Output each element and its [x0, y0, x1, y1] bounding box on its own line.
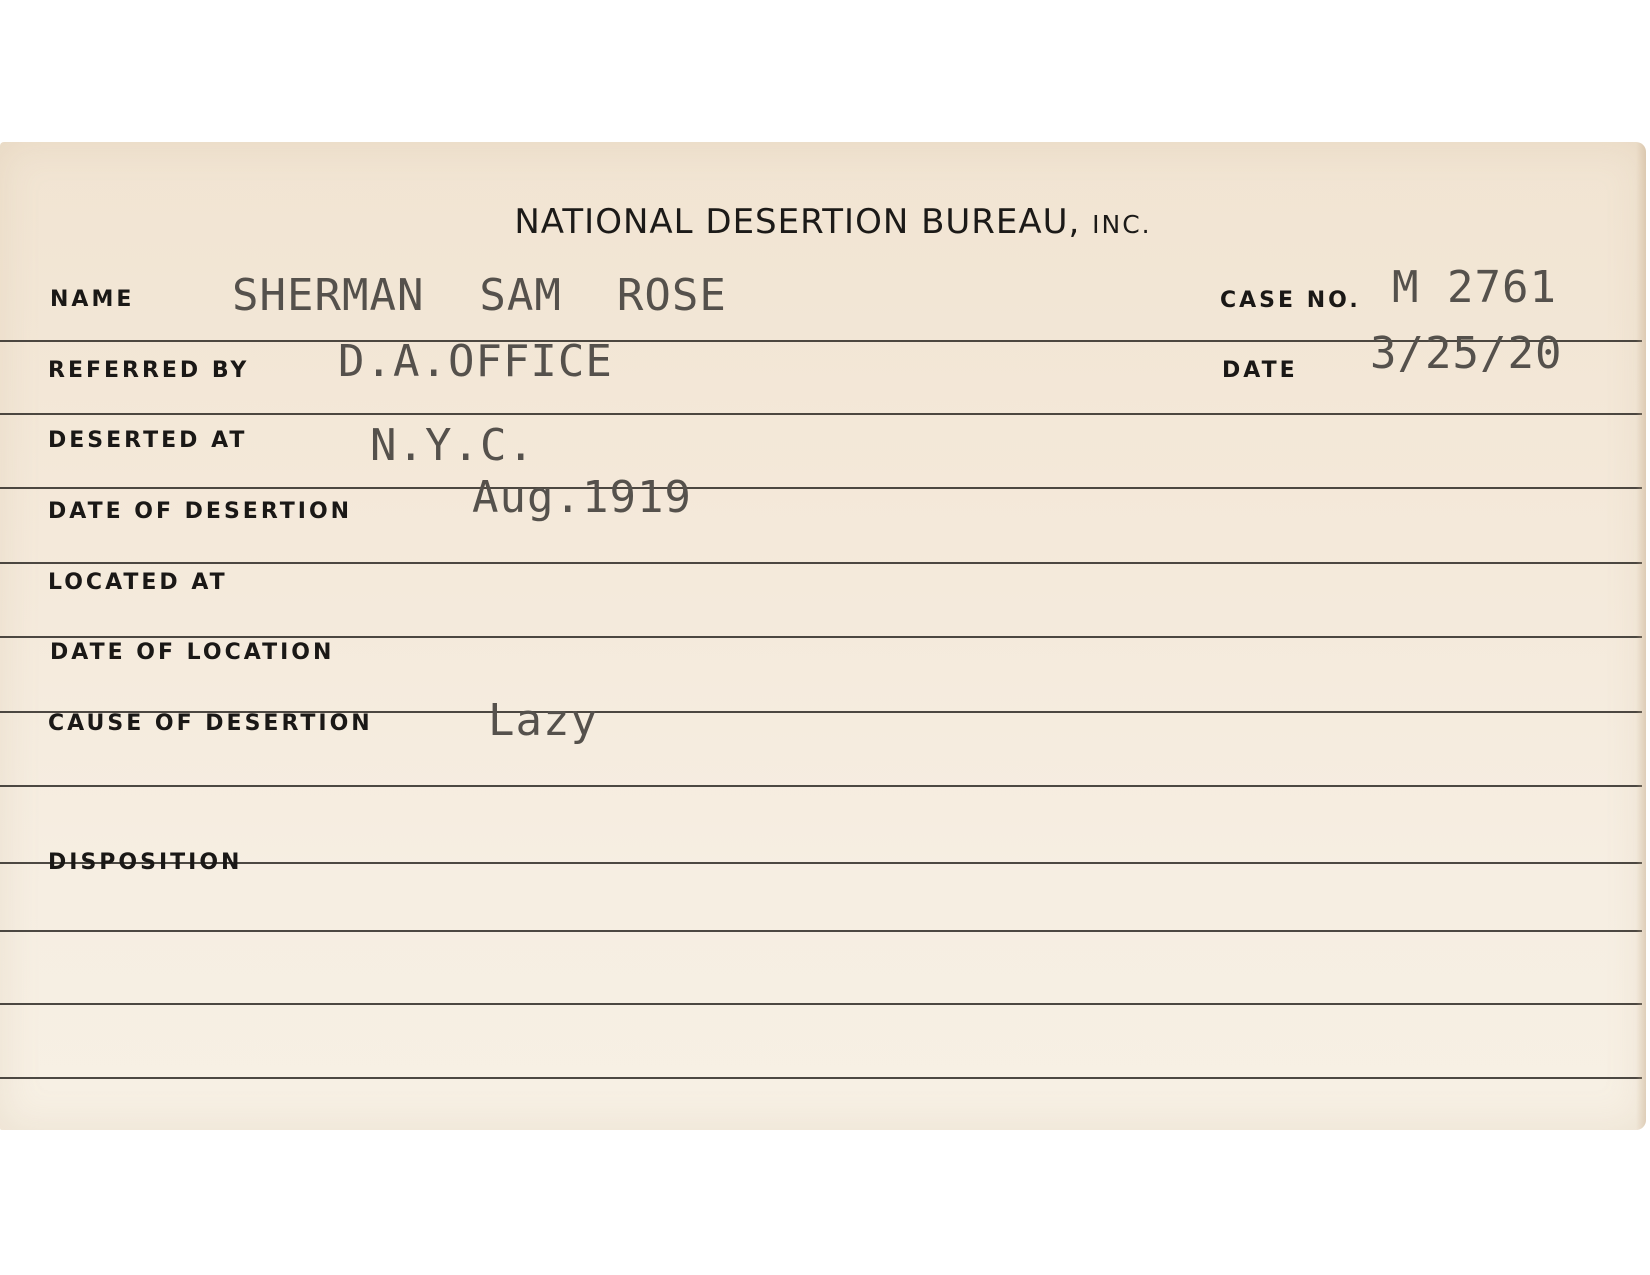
- rule-line: [0, 562, 1642, 564]
- located-at-label: LOCATED AT: [48, 570, 228, 595]
- disposition-label: DISPOSITION: [48, 850, 242, 875]
- organization-name: NATIONAL DESERTION BUREAU,: [514, 202, 1080, 242]
- name-value: SHERMAN SAM ROSE: [232, 270, 727, 321]
- case-no-value: M 2761: [1392, 262, 1557, 313]
- rule-line: [0, 487, 1642, 489]
- index-card: NATIONAL DESERTION BUREAU, INC. NAME SHE…: [0, 142, 1646, 1130]
- rule-line: [0, 636, 1642, 638]
- rule-line: [0, 1003, 1642, 1005]
- cause-of-desertion-label: CAUSE OF DESERTION: [48, 711, 373, 736]
- date-of-location-label: DATE OF LOCATION: [50, 640, 334, 665]
- date-label: DATE: [1222, 358, 1298, 383]
- rule-line: [0, 862, 1642, 864]
- rule-line: [0, 785, 1642, 787]
- date-of-desertion-label: DATE OF DESERTION: [48, 499, 352, 524]
- referred-by-label: REFERRED BY: [48, 358, 249, 383]
- date-of-desertion-value: Aug.1919: [472, 472, 692, 523]
- rule-line: [0, 930, 1642, 932]
- date-value: 3/25/20: [1370, 328, 1562, 379]
- cause-of-desertion-value: Lazy: [488, 695, 598, 746]
- referred-by-value: D.A.OFFICE: [338, 336, 613, 387]
- deserted-at-value: N.Y.C.: [370, 420, 535, 471]
- rule-line: [0, 413, 1642, 415]
- deserted-at-label: DESERTED AT: [48, 428, 247, 453]
- case-no-label: CASE NO.: [1220, 288, 1361, 313]
- name-label: NAME: [50, 287, 134, 312]
- rule-line: [0, 1077, 1642, 1079]
- card-title: NATIONAL DESERTION BUREAU, INC.: [0, 202, 1646, 242]
- organization-suffix: INC.: [1092, 210, 1151, 239]
